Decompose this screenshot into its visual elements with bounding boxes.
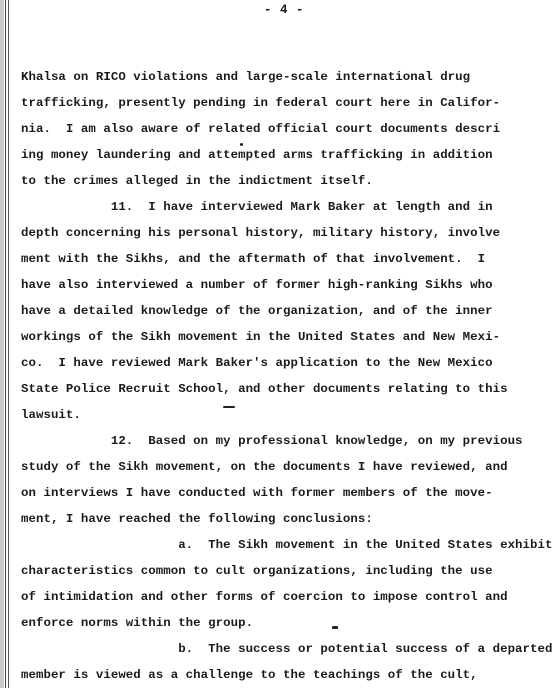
paragraph-12-start: 12. Based on my professional knowledge, … (21, 433, 523, 449)
text-line: to the crimes alleged in the indictment … (21, 173, 373, 189)
text-line: ing money laundering and attempted arms … (21, 147, 493, 163)
text-line: characteristics common to cult organizat… (21, 563, 493, 579)
text-line: member is viewed as a challenge to the t… (21, 667, 478, 683)
scan-mark (332, 626, 338, 629)
text-line: workings of the Sikh movement in the Uni… (21, 329, 500, 345)
conclusion-b-start: b. The success or potential success of a… (21, 641, 552, 657)
text-line: have a detailed knowledge of the organiz… (21, 303, 493, 319)
text-line: ment with the Sikhs, and the aftermath o… (21, 251, 485, 267)
text-line: have also interviewed a number of former… (21, 277, 493, 293)
scan-edge-line (8, 0, 9, 688)
text-line: on interviews I have conducted with form… (21, 485, 493, 501)
text-line: co. I have reviewed Mark Baker's applica… (21, 355, 493, 371)
text-line: depth concerning his personal history, m… (21, 225, 500, 241)
text-line: nia. I am also aware of related official… (21, 121, 500, 137)
page-number: - 4 - (264, 3, 304, 17)
text-line: of intimidation and other forms of coerc… (21, 589, 508, 605)
conclusion-a-start: a. The Sikh movement in the United State… (21, 537, 552, 553)
text-line: ment, I have reached the following concl… (21, 511, 373, 527)
scan-edge-line (5, 0, 6, 688)
text-line: trafficking, presently pending in federa… (21, 95, 500, 111)
scan-mark (223, 406, 235, 408)
text-line: State Police Recruit School, and other d… (21, 381, 508, 397)
scan-border-strip (0, 0, 4, 688)
text-line: study of the Sikh movement, on the docum… (21, 459, 508, 475)
paragraph-11-start: 11. I have interviewed Mark Baker at len… (21, 199, 493, 215)
document-page: - 4 - Khalsa on RICO violations and larg… (21, 0, 552, 688)
scan-speck (240, 143, 243, 146)
text-line: Khalsa on RICO violations and large-scal… (21, 69, 470, 85)
text-line: lawsuit. (21, 407, 81, 423)
text-line: enforce norms within the group. (21, 615, 253, 631)
